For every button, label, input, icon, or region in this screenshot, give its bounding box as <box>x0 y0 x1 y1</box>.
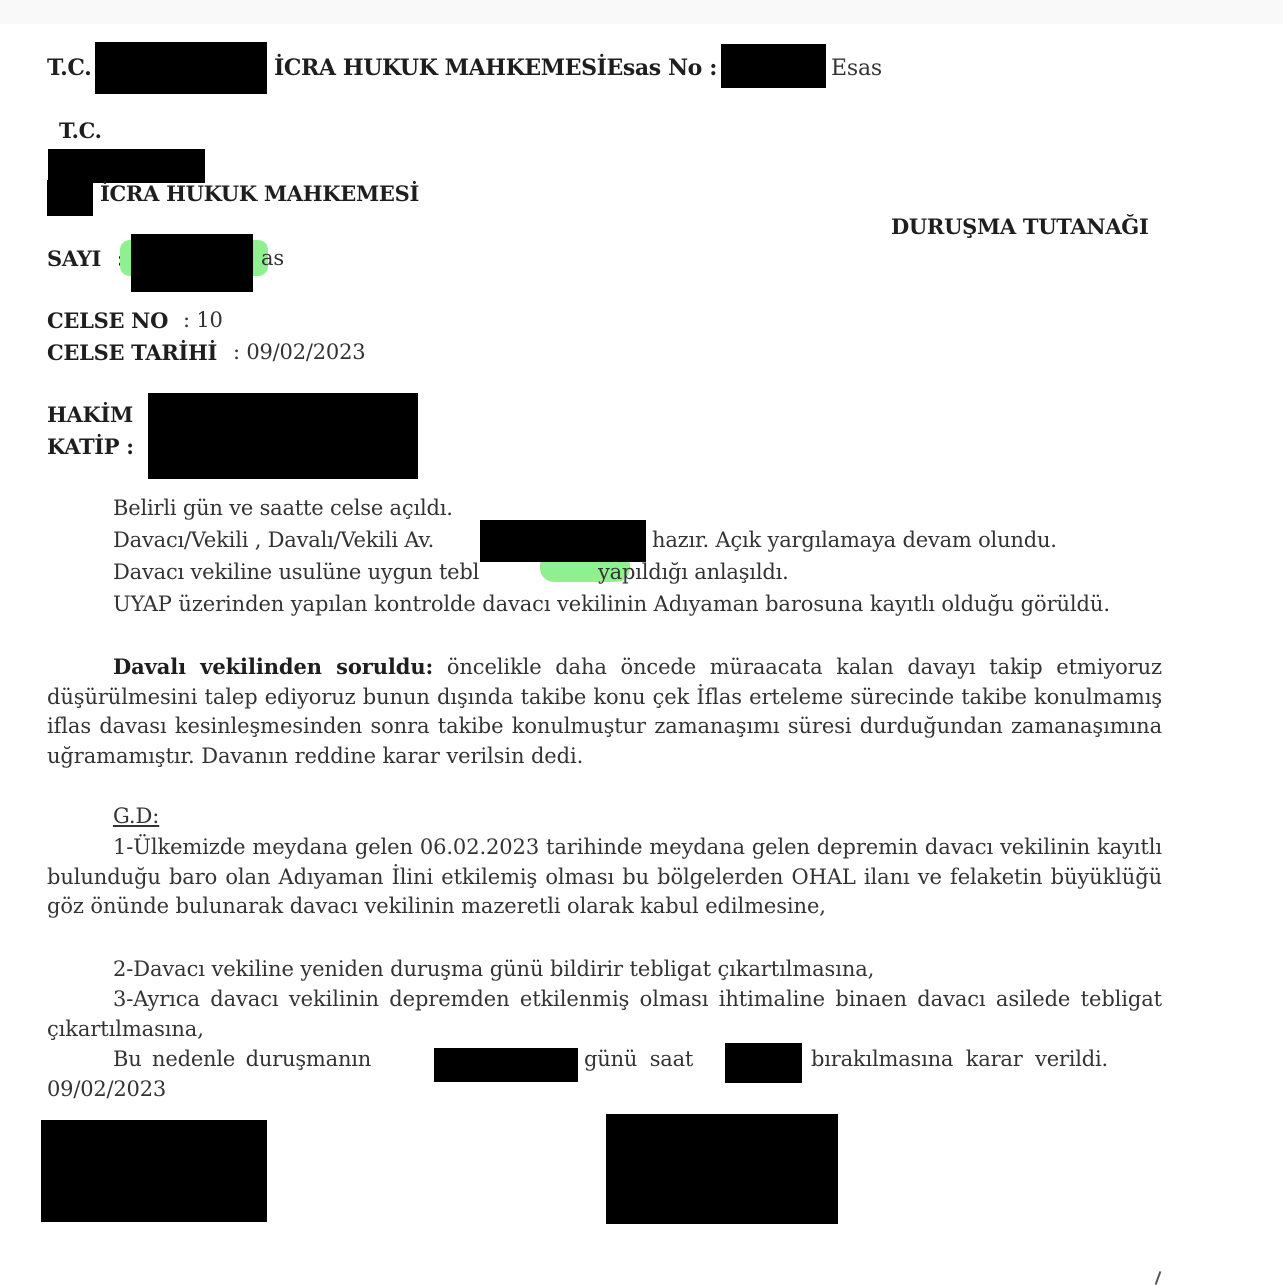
pen-mark-icon <box>1155 1271 1162 1285</box>
redaction-esas-no <box>721 44 826 88</box>
body-line-parties: Davacı/Vekili , Davalı/Vekili Av. <box>113 528 434 552</box>
final-date: 09/02/2023 <box>47 1077 166 1101</box>
sayi-suffix: as <box>261 246 284 270</box>
celse-no-value: : 10 <box>183 308 223 332</box>
celse-no-label: CELSE NO <box>47 308 168 333</box>
paragraph-uyap: UYAP üzerinden yapılan kontrolde davacı … <box>47 590 1162 620</box>
item-2-text: 2-Davacı vekiline yeniden duruşma günü b… <box>113 957 874 981</box>
redaction-hearing-date <box>434 1048 578 1082</box>
item-3-text: 3-Ayrıca davacı vekilinin depremden etki… <box>47 987 1162 1041</box>
court-tc: T.C. <box>59 118 102 143</box>
item-1-text: 1-Ülkemizde meydana gelen 06.02.2023 tar… <box>47 835 1162 918</box>
header-tc: T.C. <box>47 55 91 81</box>
decision-item-2: 2-Davacı vekiline yeniden duruşma günü b… <box>47 955 1162 985</box>
celse-tarihi-label: CELSE TARİHİ <box>47 340 217 365</box>
redaction-sayi <box>131 234 253 292</box>
viewer-top-bar <box>0 0 1283 24</box>
decision-item-3: 3-Ayrıca davacı vekilinin depremden etki… <box>47 985 1162 1044</box>
redaction-signature-judge <box>41 1120 267 1222</box>
decision-item-1: 1-Ülkemizde meydana gelen 06.02.2023 tar… <box>47 833 1162 922</box>
defendant-heading: Davalı vekilinden soruldu: <box>113 654 433 679</box>
header-court-name: İCRA HUKUK MAHKEMESİEsas No : <box>274 55 717 81</box>
body-line-opened: Belirli gün ve saatte celse açıldı. <box>113 496 453 520</box>
redaction-attorney-name <box>480 520 646 562</box>
redaction-court-city <box>95 42 267 94</box>
header-esas-suffix: Esas <box>831 56 882 81</box>
celse-tarihi-value: : 09/02/2023 <box>233 340 365 364</box>
katip-label: KATİP : <box>47 434 134 459</box>
body-line-present: hazır. Açık yargılamaya devam olundu. <box>652 528 1057 552</box>
final-line-a: Bu nedenle duruşmanın <box>113 1047 371 1071</box>
header-court: İCRA HUKUK MAHKEMESİ <box>274 55 607 81</box>
hakim-label: HAKİM <box>47 402 133 427</box>
header-esas-no-label: Esas No : <box>607 55 717 81</box>
paragraph-defendant-statement: Davalı vekilinden soruldu: öncelikle dah… <box>47 652 1162 771</box>
paragraph-gd: G.D: <box>47 802 1162 832</box>
final-line-c: bırakılmasına karar verildi. <box>811 1047 1108 1071</box>
redaction-court-number <box>47 180 93 216</box>
redaction-signature-clerk <box>606 1114 838 1224</box>
gd-heading: G.D: <box>113 804 159 828</box>
sayi-label: SAYI <box>47 246 101 271</box>
court-name: İCRA HUKUK MAHKEMESİ <box>100 181 419 206</box>
body-line-notified-a: Davacı vekiline usulüne uygun tebl <box>113 560 479 584</box>
final-line-b: günü saat <box>584 1047 693 1071</box>
document-title: DURUŞMA TUTANAĞI <box>891 214 1148 239</box>
redaction-hearing-time <box>725 1043 802 1083</box>
redaction-court-city-line <box>48 149 205 183</box>
uyap-text: UYAP üzerinden yapılan kontrolde davacı … <box>113 592 1110 616</box>
body-line-notified-b: yapıldığı anlaşıldı. <box>598 560 789 584</box>
redaction-hakim-katip <box>148 393 418 479</box>
